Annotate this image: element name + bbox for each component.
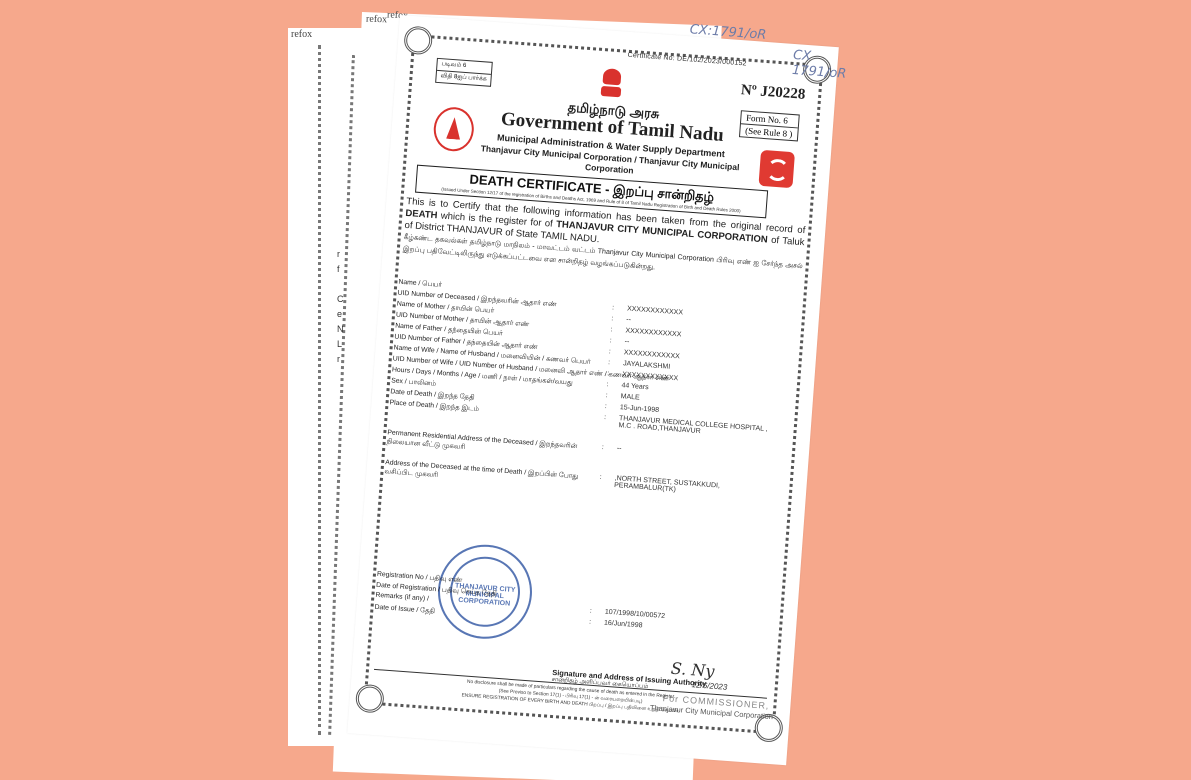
watermark: refox [291, 29, 312, 40]
watermark: refox [366, 14, 387, 26]
death-details: Name / பெயர் UID Number of Deceased / இற… [383, 278, 797, 518]
back-page-text: rf Ce NL r [337, 247, 344, 367]
handwritten-reference: CX:1791/oR [689, 22, 767, 43]
tamil-form-box: படிவம் 6 விதி 8ஐப் பார்க்க [435, 58, 493, 87]
signature: S. Ny [670, 659, 715, 681]
back-page-border [318, 45, 321, 735]
death-certificate: CX:1791/oR CX 1791/oR Certificate No: DE… [347, 15, 839, 765]
handwritten-reference: CX 1791/oR [791, 48, 848, 82]
national-emblem-icon [599, 68, 623, 102]
